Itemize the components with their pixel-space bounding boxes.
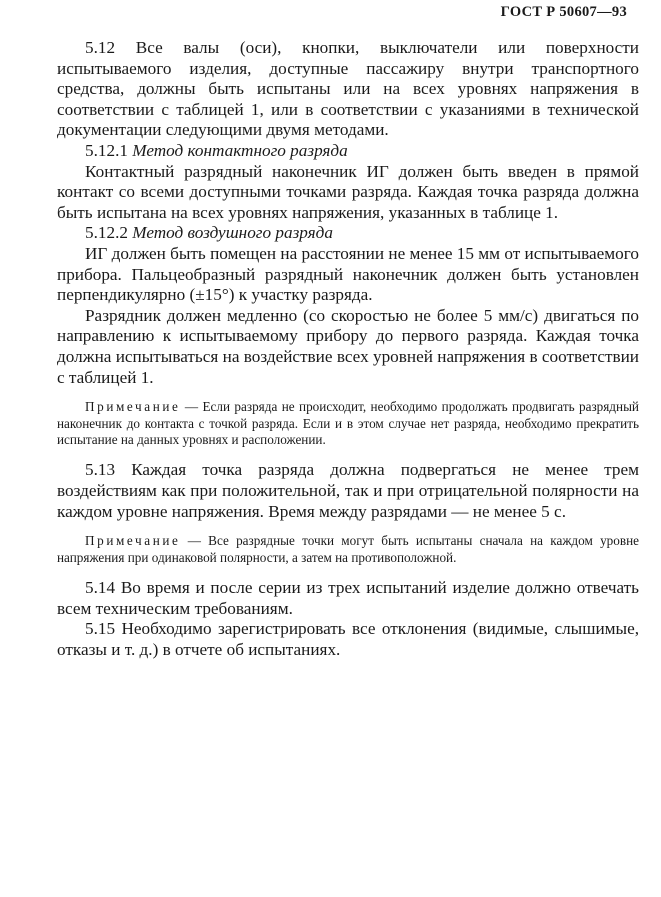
clause-5-12-2-heading: 5.12.2 Метод воздушного разряда (57, 223, 639, 244)
document-body: 5.12 Все валы (оси), кнопки, выключатели… (57, 38, 639, 660)
clause-number: 5.12.1 (85, 141, 128, 160)
clause-5-13: 5.13 Каждая точка разряда должна подверг… (57, 460, 639, 522)
clause-number: 5.13 (85, 460, 115, 479)
standard-code: ГОСТ Р 50607—93 (501, 4, 627, 20)
note-5-13: Примечание — Все разрядные точки могут б… (57, 533, 639, 566)
document-header: ГОСТ Р 50607—93 (501, 4, 627, 21)
clause-5-12-2-text-1: ИГ должен быть помещен на расстоянии не … (57, 244, 639, 306)
clause-title: Метод воздушного разряда (132, 223, 333, 242)
clause-text: Во время и после серии из трех испытаний… (57, 578, 639, 618)
clause-5-12-2-text-2: Разрядник должен медленно (со скоростью … (57, 306, 639, 388)
clause-number: 5.14 (85, 578, 115, 597)
clause-text: Разрядник должен медленно (со скоростью … (57, 306, 639, 387)
clause-text: Каждая точка разряда должна подвергаться… (57, 460, 639, 520)
clause-text: Все валы (оси), кнопки, выключатели или … (57, 38, 639, 139)
clause-number: 5.15 (85, 619, 115, 638)
clause-number: 5.12.2 (85, 223, 128, 242)
clause-5-12: 5.12 Все валы (оси), кнопки, выключатели… (57, 38, 639, 141)
clause-text: Контактный разрядный наконечник ИГ долже… (57, 162, 639, 222)
clause-text: Необходимо зарегистрировать все отклонен… (57, 619, 639, 659)
clause-5-12-1-heading: 5.12.1 Метод контактного разряда (57, 141, 639, 162)
clause-5-14: 5.14 Во время и после серии из трех испы… (57, 578, 639, 619)
note-5-12-2: Примечание — Если разряда не происходит,… (57, 399, 639, 448)
note-label: Примечание (85, 399, 181, 414)
clause-title: Метод контактного разряда (132, 141, 347, 160)
note-label: Примечание (85, 533, 181, 548)
clause-number: 5.12 (85, 38, 115, 57)
clause-5-12-1-text: Контактный разрядный наконечник ИГ долже… (57, 162, 639, 224)
clause-text: ИГ должен быть помещен на расстоянии не … (57, 244, 639, 304)
clause-5-15: 5.15 Необходимо зарегистрировать все отк… (57, 619, 639, 660)
